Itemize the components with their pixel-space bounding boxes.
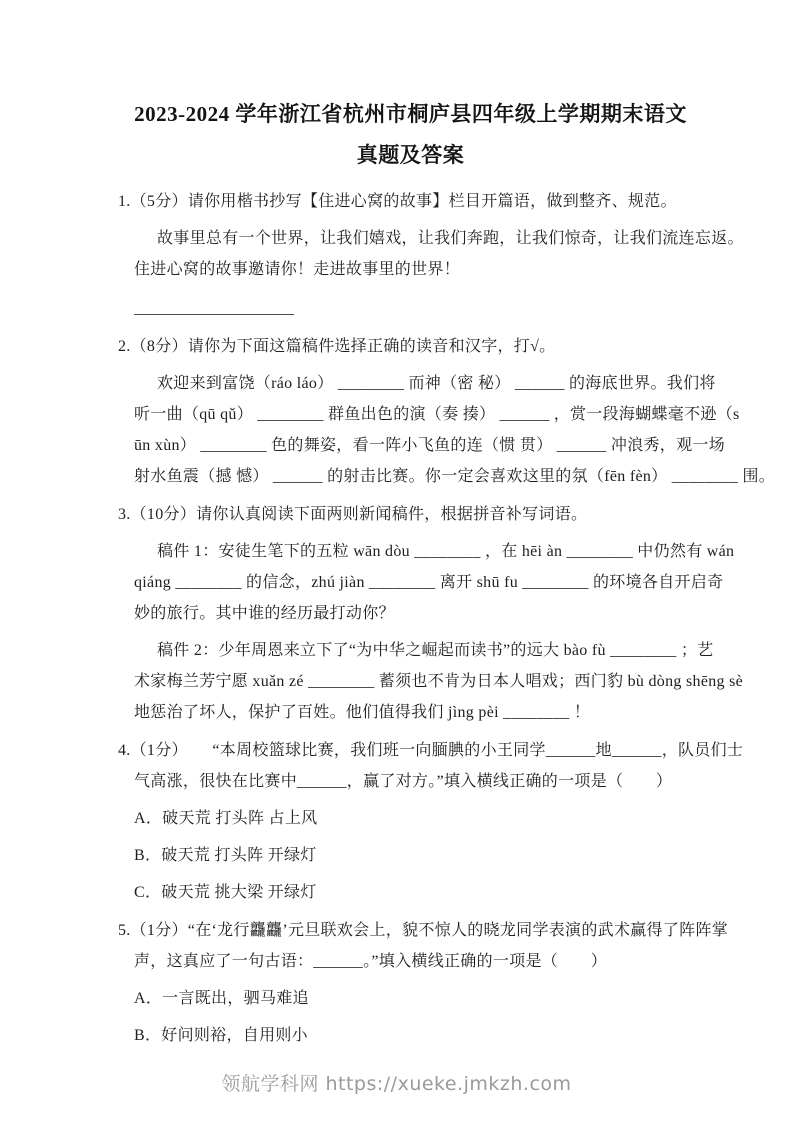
question-3-draft2-line: 术家梅兰芳宁愿 xuǎn zé ________ 蓄须也不肯为日本人唱戏；西门豹… [134, 666, 703, 697]
exam-document-page: 2023-2024 学年浙江省杭州市桐庐县四年级上学期期末语文 真题及答案 1.… [0, 0, 793, 1122]
question-2-passage-line: 射水鱼震（撼 憾） ______ 的射击比赛。你一定会喜欢这里的氛（fēn fè… [134, 461, 703, 492]
question-3-draft1-line: qiáng ________ 的信念，zhú jiàn ________ 离开 … [134, 567, 703, 598]
question-1: 1.（5分）请你用楷书抄写【住进心窝的故事】栏目开篇语，做到整齐、规范。 故事里… [118, 186, 703, 324]
question-1-stem: 1.（5分）请你用楷书抄写【住进心窝的故事】栏目开篇语，做到整齐、规范。 [118, 186, 703, 217]
footer-watermark: 领航学科网 https://xueke.jmkzh.com [221, 1073, 571, 1095]
question-4-stem-line: 气高涨，很快在比赛中______，赢了对方。”填入横线正确的一项是（ ） [134, 766, 703, 797]
question-3: 3.（10分）请你认真阅读下面两则新闻稿件，根据拼音补写词语。 稿件 1：安徒生… [118, 499, 703, 728]
page-footer: 领航学科网 https://xueke.jmkzh.com [0, 1069, 793, 1096]
document-body: 2023-2024 学年浙江省杭州市桐庐县四年级上学期期末语文 真题及答案 1.… [118, 94, 703, 1058]
question-5-stem: 5.（1分）“在‘龙行龘龘’元旦联欢会上，貌不惊人的晓龙同学表演的武术赢得了阵阵… [118, 915, 703, 946]
answer-blank-line: ____________________ [134, 293, 703, 324]
question-4-option-a: A．破天荒 打头阵 占上风 [134, 803, 703, 834]
question-3-stem: 3.（10分）请你认真阅读下面两则新闻稿件，根据拼音补写词语。 [118, 499, 703, 530]
question-5-stem-line: 声，这真应了一句古语：______。”填入横线正确的一项是（ ） [134, 946, 703, 977]
question-3-draft2-line: 地惩治了坏人，保护了百姓。他们值得我们 jìng pèi ________ ！ [134, 697, 703, 728]
question-2: 2.（8分）请你为下面这篇稿件选择正确的读音和汉字，打√。 欢迎来到富饶（ráo… [118, 331, 703, 492]
question-1-passage-line: 故事里总有一个世界，让我们嬉戏，让我们奔跑，让我们惊奇，让我们流连忘返。 [134, 223, 703, 254]
title-line-1: 2023-2024 学年浙江省杭州市桐庐县四年级上学期期末语文 [118, 94, 703, 135]
question-5-option-a: A．一言既出，驷马难追 [134, 983, 703, 1014]
question-5-option-b: B．好问则裕，自用则小 [134, 1020, 703, 1051]
question-4: 4.（1分） “本周校篮球比赛，我们班一向腼腆的小王同学______地_____… [118, 735, 703, 908]
question-2-stem: 2.（8分）请你为下面这篇稿件选择正确的读音和汉字，打√。 [118, 331, 703, 362]
question-3-draft1-line: 妙的旅行。其中谁的经历最打动你？ [134, 598, 703, 629]
question-1-passage-line: 住进心窝的故事邀请你！走进故事里的世界！ [134, 254, 703, 285]
question-4-stem: 4.（1分） “本周校篮球比赛，我们班一向腼腆的小王同学______地_____… [118, 735, 703, 766]
question-3-draft1-line: 稿件 1：安徒生笔下的五粒 wān dòu ________ ，在 hēi àn… [134, 536, 703, 567]
question-4-option-c: C．破天荒 挑大梁 开绿灯 [134, 877, 703, 908]
question-2-passage-line: 欢迎来到富饶（ráo láo） ________ 而神（密 秘） ______ … [134, 368, 703, 399]
page-title: 2023-2024 学年浙江省杭州市桐庐县四年级上学期期末语文 真题及答案 [118, 94, 703, 176]
question-4-option-b: B．破天荒 打头阵 开绿灯 [134, 840, 703, 871]
question-5: 5.（1分）“在‘龙行龘龘’元旦联欢会上，貌不惊人的晓龙同学表演的武术赢得了阵阵… [118, 915, 703, 1051]
question-2-passage-line: ūn xùn） ________ 色的舞姿，看一阵小飞鱼的连（惯 贯） ____… [134, 430, 703, 461]
question-2-passage-line: 听一曲（qū qǔ） ________ 群鱼出色的演（奏 揍） ______ ，… [134, 399, 703, 430]
question-3-draft2-line: 稿件 2：少年周恩来立下了“为中华之崛起而读书”的远大 bào fù _____… [134, 635, 703, 666]
title-line-2: 真题及答案 [118, 135, 703, 176]
